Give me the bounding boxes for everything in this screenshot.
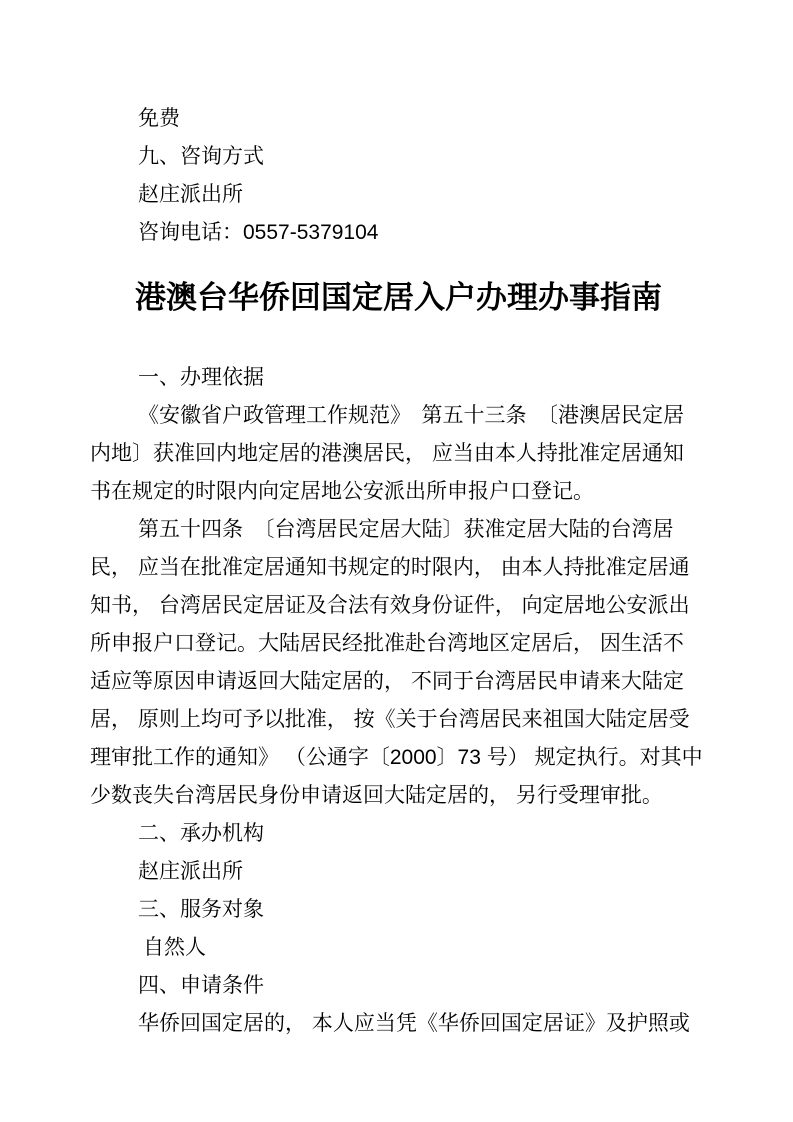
legal-basis-heading: 一、办理依据 <box>90 359 707 397</box>
document-title: 港澳台华侨回国定居入户办理办事指南 <box>90 275 707 321</box>
paragraph-line: 居， 原则上均可予以批准， 按《关于台湾居民来祖国大陆定居受 <box>90 701 707 739</box>
agency-name-line: 赵庄派出所 <box>90 853 707 891</box>
consultation-method-heading: 九、咨询方式 <box>90 138 707 176</box>
paragraph-line: 所申报户口登记。大陆居民经批准赴台湾地区定居后， 因生活不 <box>90 625 707 663</box>
paragraph-line: 知书， 台湾居民定居证及合法有效身份证件， 向定居地公安派出 <box>90 587 707 625</box>
phone-line: 咨询电话：0557-5379104 <box>90 214 707 252</box>
audience-line: 自然人 <box>90 929 707 967</box>
agency-heading: 二、承办机构 <box>90 815 707 853</box>
paragraph-line: 内地〕获准回内地定居的港澳居民， 应当由本人持批准定居通知 <box>90 435 707 473</box>
conditions-heading: 四、申请条件 <box>90 967 707 1005</box>
intro-block: 免费 九、咨询方式 赵庄派出所 咨询电话：0557-5379104 <box>90 100 707 252</box>
paragraph-line: 理审批工作的通知》 （公通字〔2000〕73 号） 规定执行。对其中 <box>90 739 707 777</box>
service-audience-heading: 三、服务对象 <box>90 891 707 929</box>
paragraph-line: 少数丧失台湾居民身份申请返回大陆定居的， 另行受理审批。 <box>90 777 707 815</box>
paragraph-line: 《安徽省户政管理工作规范》 第五十三条 〔港澳居民定居 <box>90 397 707 435</box>
fee-line: 免费 <box>90 100 707 138</box>
document-body: 一、办理依据 《安徽省户政管理工作规范》 第五十三条 〔港澳居民定居 内地〕获准… <box>90 359 707 1043</box>
document-page: 免费 九、咨询方式 赵庄派出所 咨询电话：0557-5379104 港澳台华侨回… <box>0 0 793 1122</box>
police-station-line: 赵庄派出所 <box>90 176 707 214</box>
legal-basis-paragraph-2: 第五十四条 〔台湾居民定居大陆〕获准定居大陆的台湾居 民， 应当在批准定居通知书… <box>90 511 707 815</box>
paragraph-line: 书在规定的时限内向定居地公安派出所申报户口登记。 <box>90 473 707 511</box>
paragraph-line: 民， 应当在批准定居通知书规定的时限内， 由本人持批准定居通 <box>90 549 707 587</box>
paragraph-line: 华侨回国定居的， 本人应当凭《华侨回国定居证》及护照或 <box>90 1005 707 1043</box>
paragraph-line: 适应等原因申请返回大陆定居的， 不同于台湾居民申请来大陆定 <box>90 663 707 701</box>
legal-basis-paragraph-1: 《安徽省户政管理工作规范》 第五十三条 〔港澳居民定居 内地〕获准回内地定居的港… <box>90 397 707 511</box>
conditions-paragraph: 华侨回国定居的， 本人应当凭《华侨回国定居证》及护照或 <box>90 1005 707 1043</box>
paragraph-line: 第五十四条 〔台湾居民定居大陆〕获准定居大陆的台湾居 <box>90 511 707 549</box>
